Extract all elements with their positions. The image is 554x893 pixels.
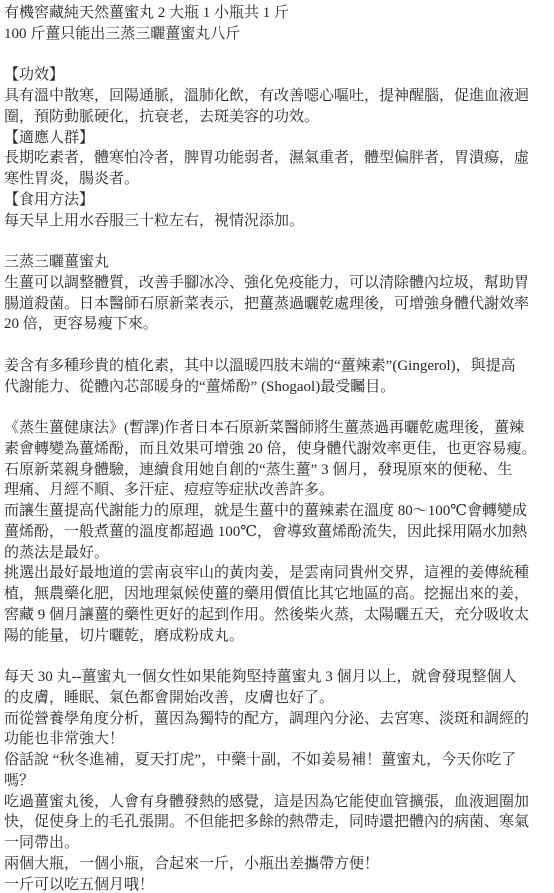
blank-line xyxy=(4,397,550,418)
text-line: 俗話說 “秋冬進補，夏天打虎”，中藥十副，不如姜易補！薑蜜丸，今天你吃了 xyxy=(4,750,550,771)
text-line: 20 倍，更容易瘦下來。 xyxy=(4,314,550,335)
text-line: 圈，預防動脈硬化，抗衰老，去斑美容的功效。 xyxy=(4,107,550,128)
blank-line xyxy=(4,45,550,66)
text-line: 生薑可以調整體質，改善手腳冰冷、強化免疫能力，可以清除體內垃圾，幫助胃 xyxy=(4,273,550,294)
section-audience-heading: 【適應人群】 xyxy=(4,128,550,149)
text-line: 有機窖藏純天然薑蜜丸 2 大瓶 1 小瓶共 1 斤 xyxy=(4,3,550,24)
text-line: 的蒸法是最好。 xyxy=(4,543,550,564)
text-line: 的皮膚，睡眠、氣色都會開始改善，皮膚也好了。 xyxy=(4,688,550,709)
text-line: 快，促使身上的毛孔張開。不但能把多餘的熱帶走，同時還把體內的病菌、寒氣 xyxy=(4,812,550,833)
text-line: 功能也非常強大！ xyxy=(4,729,550,750)
text-line: 理痛、月經不順、多汗症、痘痘等症狀改善許多。 xyxy=(4,480,550,501)
text-line: 嗎？ xyxy=(4,771,550,792)
text-line: 姜含有多種珍貴的植化素，其中以溫暖四肢末端的“薑辣素”(Gingerol)，與提… xyxy=(4,356,550,377)
text-line: 石原新菜親身體驗，連續食用她自創的“蒸生薑” 3 個月，發現原來的便秘、生 xyxy=(4,460,550,481)
document-body: 有機窖藏純天然薑蜜丸 2 大瓶 1 小瓶共 1 斤100 斤薑只能出三蒸三曬薑蜜… xyxy=(0,0,554,893)
text-line: 具有溫中散寒，回陽通脈，溫肺化飲，有改善噁心嘔吐，提神醒腦，促進血液迴 xyxy=(4,86,550,107)
text-line: 100 斤薑只能出三蒸三曬薑蜜丸八斤 xyxy=(4,24,550,45)
text-line: 每天 30 丸--薑蜜丸一個女性如果能夠堅持薑蜜丸 3 個月以上，就會發現整個人 xyxy=(4,667,550,688)
text-line: 窖藏 9 個月讓薑的藥性更好的起到作用。然後柴火蒸，太陽曬五天，充分吸收太 xyxy=(4,605,550,626)
text-line: 薑烯酚，一般煮薑的溫度都超過 100℃，會導致薑烯酚流失，因此採用隔水加熱 xyxy=(4,522,550,543)
text-line: 每天早上用水吞服三十粒左右，視情況添加。 xyxy=(4,211,550,232)
text-line: 三蒸三曬薑蜜丸 xyxy=(4,252,550,273)
blank-line xyxy=(4,646,550,667)
blank-line xyxy=(4,231,550,252)
text-line: 植，無農藥化肥，因地理氣候使薑的藥用價值比其它地區的高。挖掘出來的姜， xyxy=(4,584,550,605)
text-line: 陽的能量，切片曬乾，磨成粉成丸。 xyxy=(4,626,550,647)
text-line: 代謝能力、從體內芯部暖身的“薑烯酚” (Shogaol)最受矚目。 xyxy=(4,377,550,398)
text-line: 兩個大瓶，一個小瓶，合起來一斤，小瓶出差攜帶方便！ xyxy=(4,854,550,875)
text-line: 《蒸生薑健康法》(暫譯)作者日本石原新菜醫師將生薑蒸過再曬乾處理後，薑辣 xyxy=(4,418,550,439)
text-line: 而從營養學角度分析，薑因為獨特的配方，調理內分泌、去宮寒、淡斑和調經的 xyxy=(4,709,550,730)
section-efficacy-heading: 【功效】 xyxy=(4,65,550,86)
text-line: 一同帶出。 xyxy=(4,833,550,854)
text-line: 寒性胃炎，腸炎者。 xyxy=(4,169,550,190)
text-line: 而讓生薑提高代謝能力的原理，就是生薑中的薑辣素在溫度 80～100℃會轉變成 xyxy=(4,501,550,522)
text-line: 挑選出最好最地道的雲南哀牢山的黃肉姜，是雲南同貴州交界，這裡的姜傳統種 xyxy=(4,563,550,584)
text-line: 長期吃素者，體寒怕冷者，脾胃功能弱者，濕氣重者，體型偏胖者，胃潰瘍，虛 xyxy=(4,148,550,169)
text-line: 腸道殺菌。日本醫師石原新菜表示，把薑蒸過曬乾處理後，可增強身體代謝效率 xyxy=(4,294,550,315)
section-usage-heading: 【食用方法】 xyxy=(4,190,550,211)
text-line: 一斤可以吃五個月哦！ xyxy=(4,875,550,893)
blank-line xyxy=(4,335,550,356)
text-line: 素會轉變為薑烯酚，而且效果可增強 20 倍，使身體代謝效率更佳，也更容易瘦。 xyxy=(4,439,550,460)
text-line: 吃過薑蜜丸後，人會有身體發熱的感覺，這是因為它能使血管擴張，血液迴圈加 xyxy=(4,792,550,813)
